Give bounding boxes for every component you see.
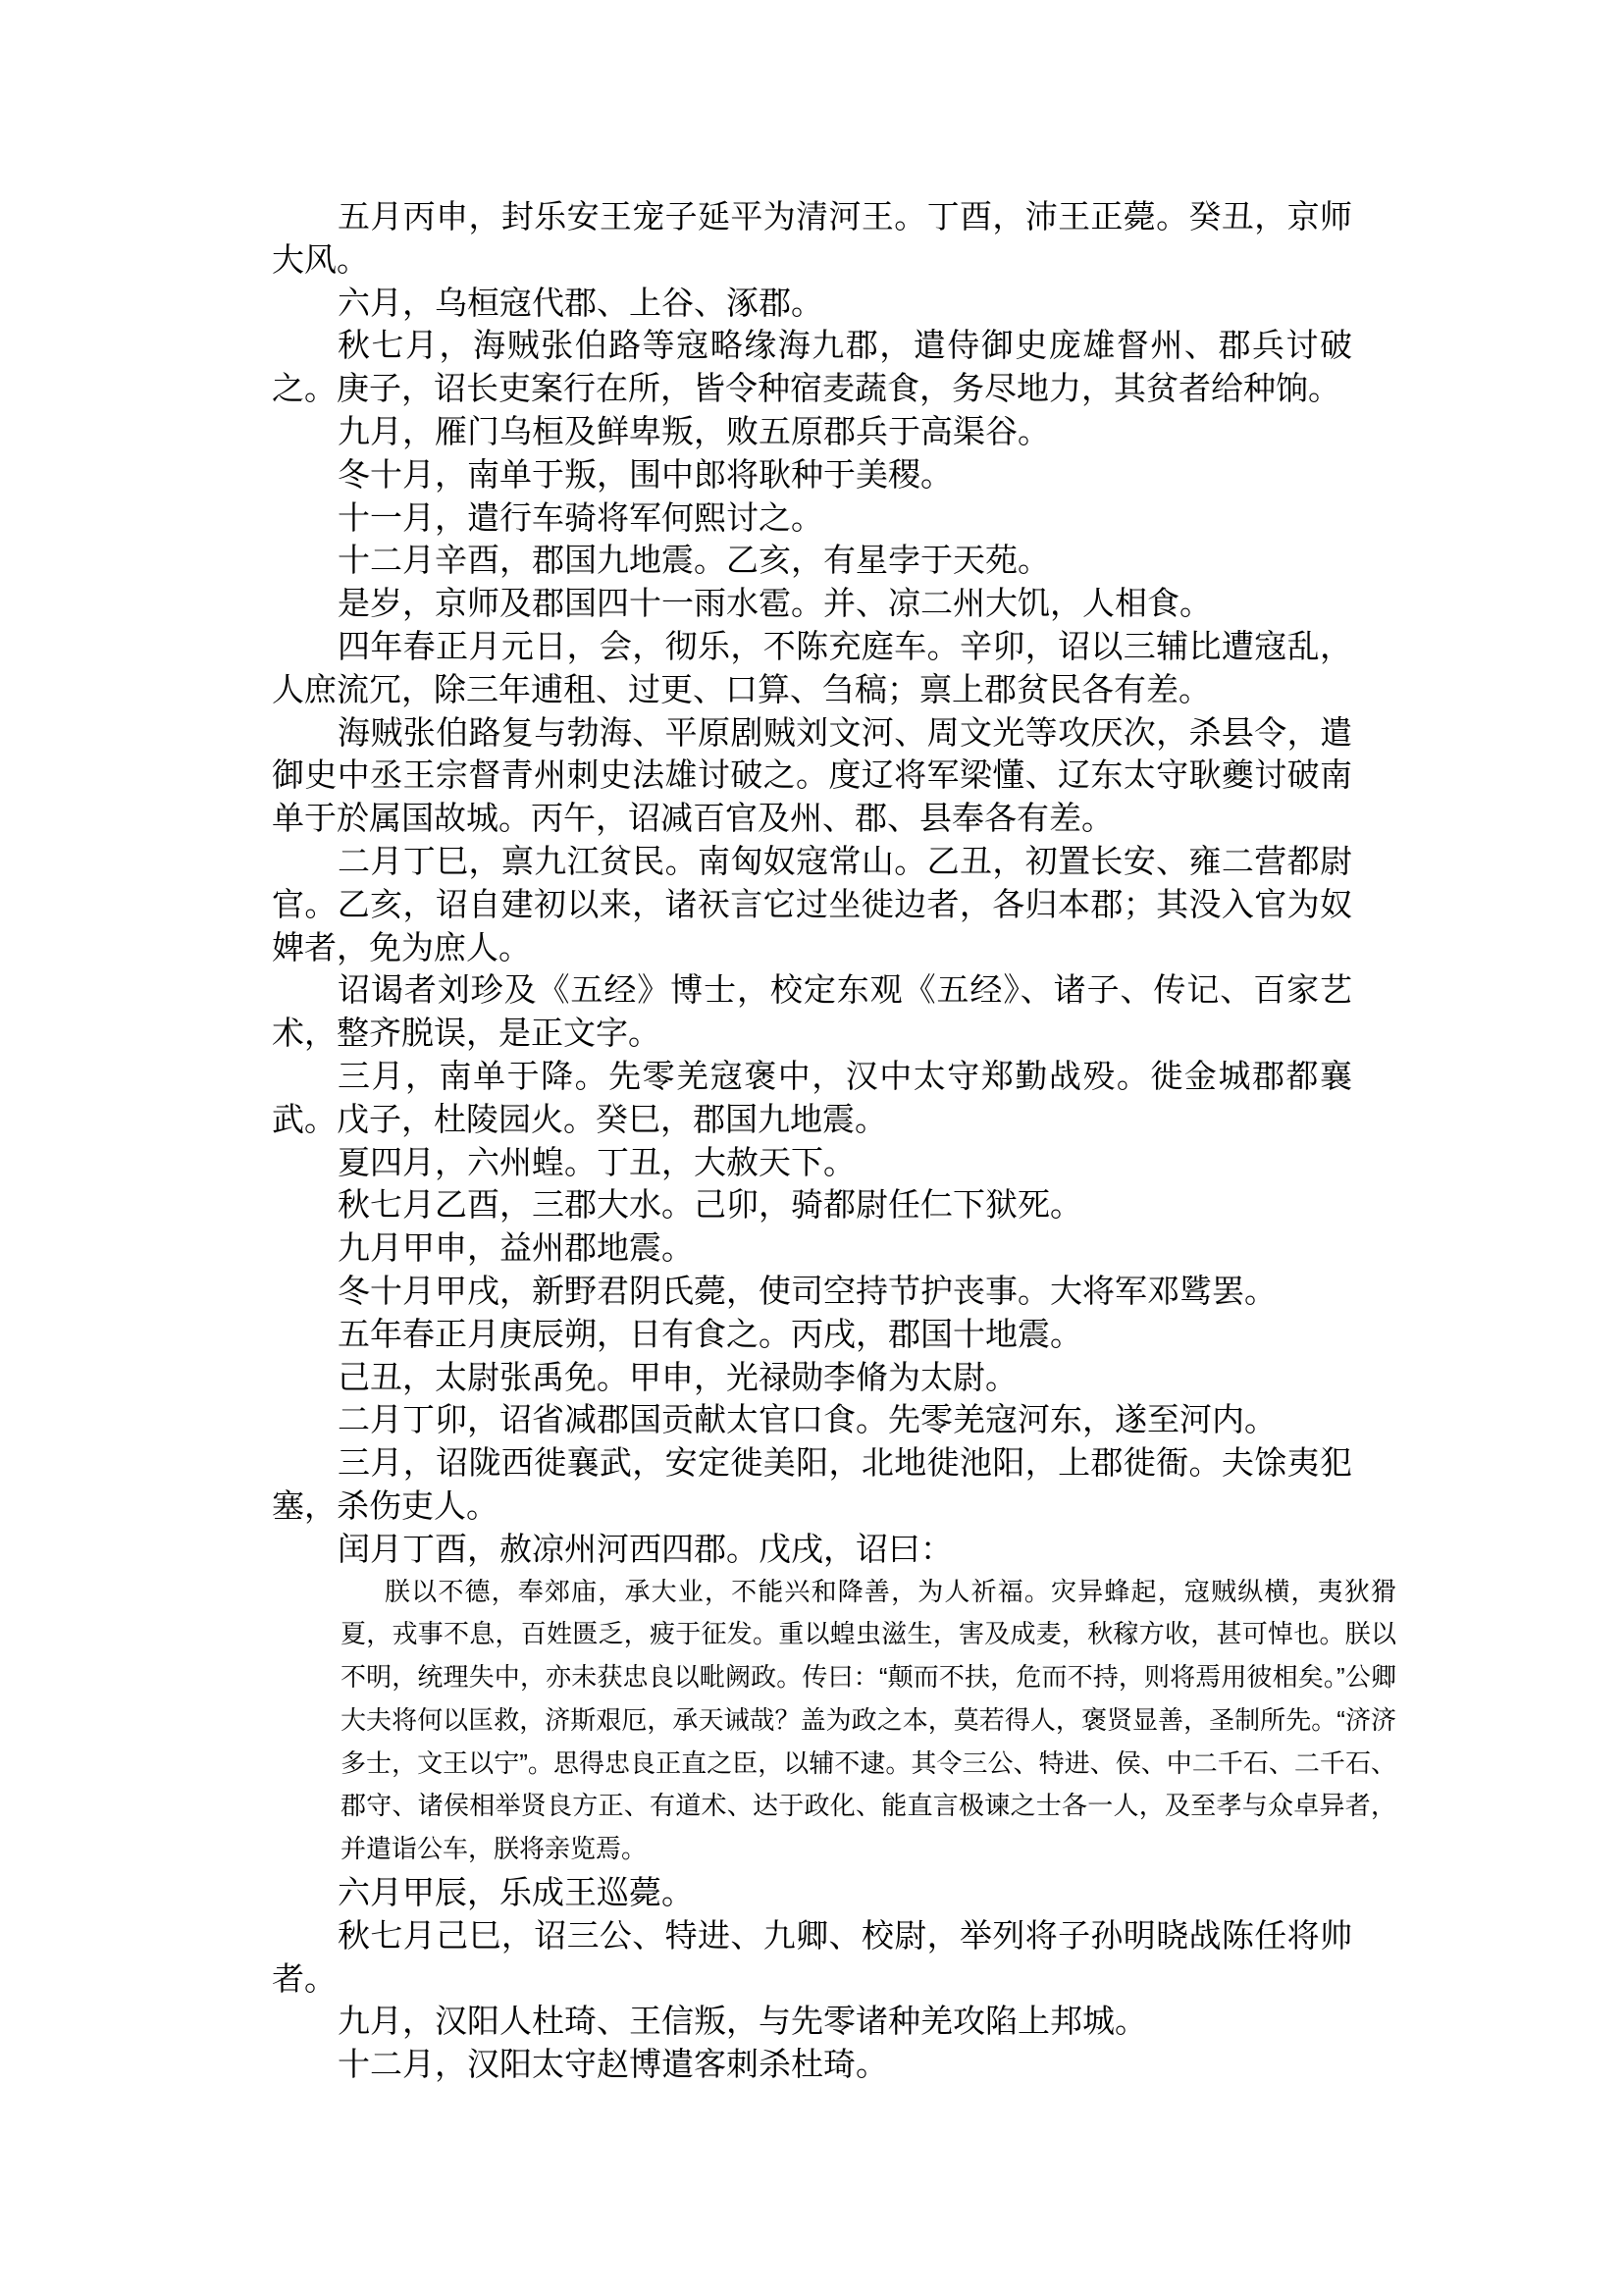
paragraph: 三月，诏陇西徙襄武，安定徙美阳，北地徙池阳，上郡徙衙。夫馀夷犯塞，杀伤吏人。 xyxy=(272,1441,1352,1528)
paragraph: 秋七月己巳，诏三公、特进、九卿、校尉，举列将子孙明晓战陈任将帅者。 xyxy=(272,1914,1352,2001)
paragraph: 二月丁巳，禀九江贫民。南匈奴寇常山。乙丑，初置长安、雍二营都尉官。乙亥，诏自建初… xyxy=(272,840,1352,968)
paragraph: 己丑，太尉张禹免。甲申，光禄勋李脩为太尉。 xyxy=(272,1356,1352,1399)
paragraph: 五月丙申，封乐安王宠子延平为清河王。丁酉，沛王正薨。癸丑，京师大风。 xyxy=(272,195,1352,282)
paragraph: 海贼张伯路复与勃海、平原剧贼刘文河、周文光等攻厌次，杀县令，遣御史中丞王宗督青州… xyxy=(272,711,1352,840)
paragraph: 五年春正月庚辰朔，日有食之。丙戌，郡国十地震。 xyxy=(272,1313,1352,1356)
paragraph: 诏谒者刘珍及《五经》博士，校定东观《五经》、诸子、传记、百家艺术，整齐脱误，是正… xyxy=(272,968,1352,1055)
paragraph: 九月甲申，益州郡地震。 xyxy=(272,1226,1352,1270)
paragraph: 秋七月乙酉，三郡大水。己卯，骑都尉任仁下狱死。 xyxy=(272,1183,1352,1226)
paragraph: 闰月丁酉，赦凉州河西四郡。戊戌，诏曰： xyxy=(272,1528,1352,1571)
edict-quote-paragraph: 朕以不德，奉郊庙，承大业，不能兴和降善，为人祈福。灾异蜂起，寇贼纵横，夷狄猾夏，… xyxy=(341,1571,1396,1872)
paragraph: 十二月，汉阳太守赵博遣客刺杀杜琦。 xyxy=(272,2043,1352,2086)
paragraph: 是岁，京师及郡国四十一雨水雹。并、凉二州大饥，人相食。 xyxy=(272,582,1352,625)
paragraph: 九月，汉阳人杜琦、王信叛，与先零诸种羌攻陷上邦城。 xyxy=(272,2000,1352,2043)
document-text: 五月丙申，封乐安王宠子延平为清河王。丁酉，沛王正薨。癸丑，京师大风。六月，乌桓寇… xyxy=(272,195,1352,2086)
document-page: 五月丙申，封乐安王宠子延平为清河王。丁酉，沛王正薨。癸丑，京师大风。六月，乌桓寇… xyxy=(0,0,1624,2294)
paragraph: 六月，乌桓寇代郡、上谷、涿郡。 xyxy=(272,282,1352,325)
paragraph: 夏四月，六州蝗。丁丑，大赦天下。 xyxy=(272,1141,1352,1184)
paragraph: 冬十月甲戌，新野君阴氏薨，使司空持节护丧事。大将军邓骘罢。 xyxy=(272,1270,1352,1313)
paragraph: 六月甲辰，乐成王巡薨。 xyxy=(272,1871,1352,1914)
paragraph: 三月，南单于降。先零羌寇褒中，汉中太守郑勤战殁。徙金城郡都襄武。戊子，杜陵园火。… xyxy=(272,1055,1352,1141)
paragraph: 十一月，遣行车骑将军何熙讨之。 xyxy=(272,496,1352,540)
paragraph: 四年春正月元日，会，彻乐，不陈充庭车。辛卯，诏以三辅比遭寇乱，人庶流冗，除三年逋… xyxy=(272,625,1352,711)
paragraph: 秋七月，海贼张伯路等寇略缘海九郡，遣侍御史庞雄督州、郡兵讨破之。庚子，诏长吏案行… xyxy=(272,324,1352,410)
paragraph: 九月，雁门乌桓及鲜卑叛，败五原郡兵于高渠谷。 xyxy=(272,410,1352,453)
paragraph: 十二月辛酉，郡国九地震。乙亥，有星孛于天苑。 xyxy=(272,539,1352,582)
paragraph: 二月丁卯，诏省减郡国贡献太官口食。先零羌寇河东，遂至河内。 xyxy=(272,1398,1352,1441)
paragraph: 冬十月，南单于叛，围中郎将耿种于美稷。 xyxy=(272,453,1352,496)
